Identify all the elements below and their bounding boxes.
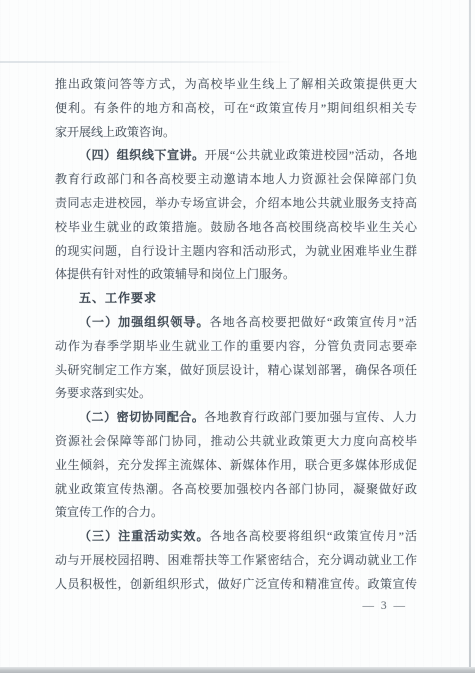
line-text: 责同志走进校园，举办专场宣讲会，介绍本地公共就业服务支持高 xyxy=(55,196,417,210)
paragraph-start-line: （四）组织线下宣讲。开展“公共就业政策进校园”活动，各地 xyxy=(55,144,417,168)
text-line: 体提供有针对性的政策辅导和岗位上门服务。 xyxy=(55,263,417,287)
paragraph-lead: （三）注重活动实效。 xyxy=(79,529,210,543)
section-heading: 五、工作要求 xyxy=(55,287,417,311)
line-text: 各地各高校要将组织“政策宣传月”活 xyxy=(210,529,417,543)
line-text: 开展“公共就业政策进校园”活动，各地 xyxy=(205,148,417,162)
line-text: 人员积极性，创新组织形式，做好广泛宣传和精准宣传。政策宣传 xyxy=(55,577,417,591)
paragraph-start-line: （三）注重活动实效。各地各高校要将组织“政策宣传月”活 xyxy=(55,525,417,549)
page-bottom-edge xyxy=(0,667,475,673)
line-text: 各地教育行政部门要加强与宣传、人力 xyxy=(204,410,417,424)
text-line: 教育行政部门和各高校要主动邀请本地人力资源社会保障部门负 xyxy=(55,168,417,192)
line-text: 动与开展校园招聘、困难帮扶等工作紧密结合，充分调动就业工作 xyxy=(55,553,417,567)
line-text: 推出政策问答等方式，为高校毕业生线上了解相关政策提供更大 xyxy=(55,77,417,91)
line-text: 便利。有条件的地方和高校，可在“政策宣传月”期间组织相关专 xyxy=(55,101,417,115)
line-text: 体提供有针对性的政策辅导和岗位上门服务。 xyxy=(55,267,295,281)
text-line: 推出政策问答等方式，为高校毕业生线上了解相关政策提供更大 xyxy=(55,73,417,97)
paragraph-lead: （二）密切协同配合。 xyxy=(79,410,204,424)
text-line: 业生倾斜，充分发挥主流媒体、新媒体作用，联合更多媒体形成促 xyxy=(55,454,417,478)
page-number: — 3 — xyxy=(55,595,417,619)
line-text: 就业政策宣传热潮。各高校要加强校内各部门协同，凝聚做好政 xyxy=(55,482,417,496)
text-line: 策宣传工作的合力。 xyxy=(55,501,417,525)
line-text: 教育行政部门和各高校要主动邀请本地人力资源社会保障部门负 xyxy=(55,172,417,186)
scan-artifact-line xyxy=(0,61,295,63)
page-edge-line xyxy=(469,0,471,667)
line-text: 策宣传工作的合力。 xyxy=(55,505,163,519)
paragraph-lead: （四）组织线下宣讲。 xyxy=(79,148,205,162)
text-line: 资源社会保障等部门协同，推动公共就业政策更大力度向高校毕 xyxy=(55,430,417,454)
paragraph-start-line: （一）加强组织领导。各地各高校要把做好“政策宣传月”活 xyxy=(55,311,417,335)
paragraph-start-line: （二）密切协同配合。各地教育行政部门要加强与宣传、人力 xyxy=(55,406,417,430)
line-text: 各地各高校要把做好“政策宣传月”活 xyxy=(210,315,417,329)
paragraph-lead: （一）加强组织领导。 xyxy=(79,315,210,329)
line-text: 家开展线上政策咨询。 xyxy=(55,125,175,139)
text-line: 务要求落到实处。 xyxy=(55,382,417,406)
line-text: 业生倾斜，充分发挥主流媒体、新媒体作用，联合更多媒体形成促 xyxy=(55,458,417,472)
line-text: 头研究制定工作方案，做好顶层设计，精心谋划部署，确保各项任 xyxy=(55,363,417,377)
text-line: 的现实问题，自行设计主题内容和活动形式，为就业困难毕业生群 xyxy=(55,240,417,264)
text-line: 便利。有条件的地方和高校，可在“政策宣传月”期间组织相关专 xyxy=(55,97,417,121)
document-text-block: 推出政策问答等方式，为高校毕业生线上了解相关政策提供更大 便利。有条件的地方和高… xyxy=(55,73,417,597)
section-heading-text: 五、工作要求 xyxy=(79,291,157,305)
line-text: 的现实问题，自行设计主题内容和活动形式，为就业困难毕业生群 xyxy=(55,244,417,258)
text-line: 人员积极性，创新组织形式，做好广泛宣传和精准宣传。政策宣传 xyxy=(55,573,417,597)
line-text: 务要求落到实处。 xyxy=(55,386,151,400)
line-text: 校毕业生就业的政策措施。鼓励各地各高校围绕高校毕业生关心 xyxy=(55,220,417,234)
text-line: 责同志走进校园，举办专场宣讲会，介绍本地公共就业服务支持高 xyxy=(55,192,417,216)
text-line: 动作为春季学期毕业生就业工作的重要内容，分管负责同志要牵 xyxy=(55,335,417,359)
text-line: 校毕业生就业的政策措施。鼓励各地各高校围绕高校毕业生关心 xyxy=(55,216,417,240)
document-page: 推出政策问答等方式，为高校毕业生线上了解相关政策提供更大 便利。有条件的地方和高… xyxy=(0,0,475,673)
text-line: 头研究制定工作方案，做好顶层设计，精心谋划部署，确保各项任 xyxy=(55,359,417,383)
text-line: 家开展线上政策咨询。 xyxy=(55,121,417,145)
text-line: 就业政策宣传热潮。各高校要加强校内各部门协同，凝聚做好政 xyxy=(55,478,417,502)
text-line: 动与开展校园招聘、困难帮扶等工作紧密结合，充分调动就业工作 xyxy=(55,549,417,573)
line-text: 资源社会保障等部门协同，推动公共就业政策更大力度向高校毕 xyxy=(55,434,417,448)
line-text: 动作为春季学期毕业生就业工作的重要内容，分管负责同志要牵 xyxy=(55,339,417,353)
